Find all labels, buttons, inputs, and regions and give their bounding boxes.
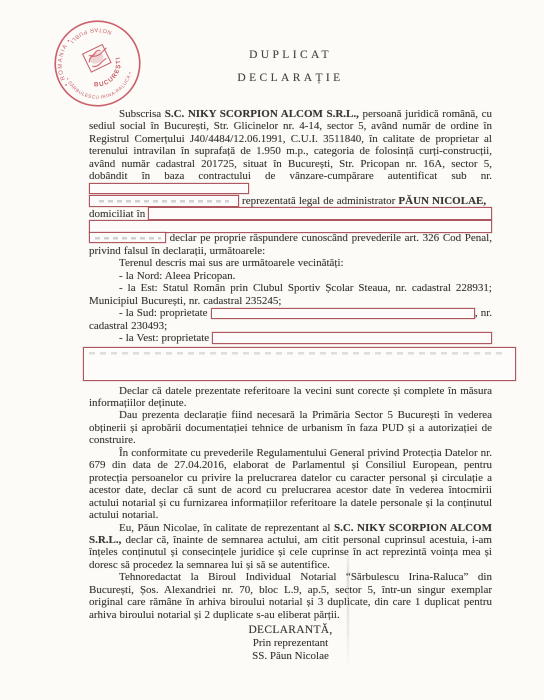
text-run: - la Nord: Aleea Pricopan. — [119, 270, 235, 282]
paragraph: - la Est: Statul Român prin Clubul Sport… — [89, 282, 492, 307]
text-run: - la Est: Statul Român prin Clubul Sport… — [89, 282, 492, 306]
scan-fold-artifact — [347, 543, 349, 665]
text-run: Declar că datele prezentate referitoare … — [89, 385, 492, 409]
line: reprezentată legal de administrator PĂUN… — [89, 195, 492, 207]
line — [89, 220, 492, 232]
text-run: - la Vest: proprietate — [119, 332, 212, 344]
text-run: Eu, Păun Nicolae, în calitate de repreze… — [119, 522, 334, 534]
text-run: , nr. — [475, 307, 492, 319]
bold-text: PĂUN NICOLAE, — [398, 195, 486, 207]
paragraph: - la Nord: Aleea Pricopan. — [89, 270, 492, 282]
text-run: reprezentată legal de administrator — [239, 195, 398, 207]
paragraph: declar pe proprie răspundere cunoscând p… — [89, 232, 492, 257]
paragraph: În conformitate cu prevederile Regulamen… — [89, 447, 492, 522]
paragraph: cadastral 230493; — [89, 320, 492, 332]
redaction-box — [89, 195, 239, 207]
text-run: Terenul descris mai sus are următoarele … — [119, 257, 344, 269]
line: - la Sud: proprietate , nr. — [119, 307, 492, 319]
redaction-box — [83, 347, 516, 381]
document-title: DUPLICAT — [89, 49, 492, 61]
document-content: DUPLICAT DECLARAȚIE Subscrisa S.C. NIKY … — [89, 0, 492, 663]
text-run: În conformitate cu prevederile Regulamen… — [89, 447, 492, 521]
document-body: Subscrisa S.C. NIKY SCORPION ALCOM S.R.L… — [89, 108, 492, 621]
paragraph: Terenul descris mai sus are următoarele … — [89, 257, 492, 269]
bold-text: S.C. NIKY SCORPION ALCOM S.R.L., — [165, 108, 359, 120]
line: domiciliat în — [89, 208, 492, 220]
text-run: Tehnoredactat la Biroul Individual Notar… — [89, 571, 492, 620]
paragraph: Tehnoredactat la Biroul Individual Notar… — [89, 571, 492, 621]
redaction-box — [89, 232, 166, 243]
line: - la Vest: proprietate — [119, 332, 492, 344]
paragraph: Eu, Păun Nicolae, în calitate de repreze… — [89, 522, 492, 572]
document-header: DUPLICAT DECLARAȚIE — [89, 0, 492, 84]
document-page: • ROMANIA • NOTAR PUBLIC • SĂRBULESCU IR… — [0, 0, 544, 700]
text-run: domiciliat în — [89, 208, 148, 220]
redaction-box — [212, 332, 492, 344]
redaction-box — [89, 183, 249, 194]
text-run: - la Sud: proprietate — [119, 307, 211, 319]
signature-block: DECLARANTĂ, Prin reprezentant SS. Păun N… — [89, 624, 492, 663]
redaction-box — [148, 207, 492, 220]
paragraph: Dau prezenta declarație fiind necesară l… — [89, 409, 492, 446]
signature-declarant-label: DECLARANTĂ, — [89, 624, 492, 637]
line — [83, 347, 516, 381]
document-subtitle: DECLARAȚIE — [89, 72, 492, 84]
paragraph: Subscrisa S.C. NIKY SCORPION ALCOM S.R.L… — [89, 108, 492, 195]
redaction-box — [211, 308, 475, 319]
text-run: declar că, înainte de semnarea actului, … — [89, 534, 492, 571]
paragraph: Declar că datele prezentate referitoare … — [89, 385, 492, 410]
text-run: Subscrisa — [119, 108, 165, 120]
text-run: cadastral 230493; — [89, 320, 167, 332]
text-run: Dau prezenta declarație fiind necesară l… — [89, 409, 492, 446]
redaction-box — [89, 220, 492, 233]
signature-representative-label: Prin reprezentant — [89, 637, 492, 650]
signature-name: SS. Păun Nicolae — [89, 650, 492, 663]
